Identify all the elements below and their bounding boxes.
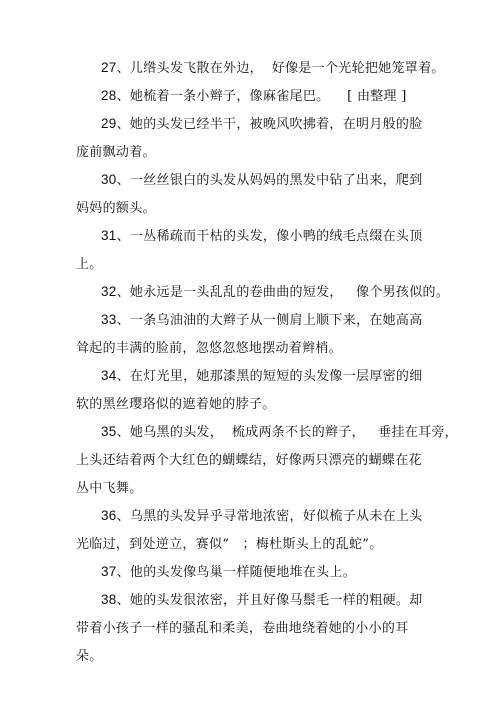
line-text: 上头还结着两个大红色的蝴蝶结，好像两只漂亮的蝴蝶在花 xyxy=(76,453,422,468)
numbered-paragraph-line: 29、她的头发已经半干，被晚风吹拂着，在明月般的脸 xyxy=(101,116,423,133)
document-page: 27、儿绺头发飞散在外边， 好像是一个光轮把她笼罩着。28、她梳着一条小辫子，像… xyxy=(0,0,500,708)
numbered-paragraph-line: 32、她永远是一头乱乱的卷曲曲的短发， 像个男孩似的。 xyxy=(101,284,449,301)
paragraph-continuation-line: 丛中飞舞。 xyxy=(76,480,143,497)
item-number: 30 xyxy=(101,172,117,187)
line-text: 庞前飘动着。 xyxy=(76,145,156,160)
item-number: 32 xyxy=(101,284,117,299)
numbered-paragraph-line: 38、她的头发很浓密，并且好像马鬃毛一样的粗硬。却 xyxy=(101,592,423,609)
line-text: 、在灯光里，她那漆黑的短短的头发像一层厚密的细 xyxy=(117,369,423,384)
line-text: 、她乌黑的头发， 梳成两条不长的辫子， 垂挂在耳旁， xyxy=(117,425,458,440)
paragraph-continuation-line: 耸起的丰满的脸前，忽悠忽悠地摆动着辫梢。 xyxy=(76,340,342,357)
paragraph-continuation-line: 带着小孩子一样的骚乱和柔美，卷曲地绕着她的小小的耳 xyxy=(76,620,409,637)
item-number: 31 xyxy=(101,228,117,243)
line-text: 朵。 xyxy=(76,649,103,664)
paragraph-continuation-line: 庞前飘动着。 xyxy=(76,144,156,161)
item-number: 38 xyxy=(101,592,117,607)
item-number: 29 xyxy=(101,116,117,131)
item-number: 35 xyxy=(101,424,117,439)
paragraph-continuation-line: 光临过，到处逆立，赛似“ ；梅杜斯头上的乱蛇”。 xyxy=(76,536,383,553)
line-text: 、一条乌油油的大辫子从一侧肩上顺下来，在她高高 xyxy=(117,313,423,328)
line-text: 耸起的丰满的脸前，忽悠忽悠地摆动着辫梢。 xyxy=(76,341,342,356)
line-text: 、她的头发很浓密，并且好像马鬃毛一样的粗硬。却 xyxy=(117,593,423,608)
numbered-paragraph-line: 27、儿绺头发飞散在外边， 好像是一个光轮把她笼罩着。 xyxy=(101,60,445,77)
numbered-paragraph-line: 30、一丝丝银白的头发从妈妈的黑发中钻了出来，爬到 xyxy=(101,172,423,189)
numbered-paragraph-line: 34、在灯光里，她那漆黑的短短的头发像一层厚密的细 xyxy=(101,368,423,385)
line-text: 上。 xyxy=(76,257,103,272)
item-number: 34 xyxy=(101,368,117,383)
numbered-paragraph-line: 33、一条乌油油的大辫子从一侧肩上顺下来，在她高高 xyxy=(101,312,423,329)
line-text: 、她永远是一头乱乱的卷曲曲的短发， 像个男孩似的。 xyxy=(117,285,450,300)
item-number: 27 xyxy=(101,60,117,75)
line-text: 、她梳着一条小辫子，像麻雀尾巴。 [ 由整理 ] xyxy=(117,89,407,104)
line-text: 光临过，到处逆立，赛似“ ；梅杜斯头上的乱蛇”。 xyxy=(76,537,383,552)
line-text: 带着小孩子一样的骚乱和柔美，卷曲地绕着她的小小的耳 xyxy=(76,621,409,636)
line-text: 丛中飞舞。 xyxy=(76,481,143,496)
line-text: 、一丛稀疏而干枯的头发，像小鸭的绒毛点缀在头顶 xyxy=(117,229,423,244)
item-number: 28 xyxy=(101,88,117,103)
numbered-paragraph-line: 31、一丛稀疏而干枯的头发，像小鸭的绒毛点缀在头顶 xyxy=(101,228,423,245)
item-number: 36 xyxy=(101,508,117,523)
numbered-paragraph-line: 37、他的头发像鸟巢一样随便地堆在头上。 xyxy=(101,564,356,581)
line-text: 、一丝丝银白的头发从妈妈的黑发中钻了出来，爬到 xyxy=(117,173,423,188)
item-number: 33 xyxy=(101,312,117,327)
paragraph-continuation-line: 上头还结着两个大红色的蝴蝶结，好像两只漂亮的蝴蝶在花 xyxy=(76,452,422,469)
line-text: 、儿绺头发飞散在外边， 好像是一个光轮把她笼罩着。 xyxy=(117,61,445,76)
line-text: 、他的头发像鸟巢一样随便地堆在头上。 xyxy=(117,565,356,580)
numbered-paragraph-line: 28、她梳着一条小辫子，像麻雀尾巴。 [ 由整理 ] xyxy=(101,88,407,105)
paragraph-continuation-line: 软的黑丝璎珞似的遮着她的脖子。 xyxy=(76,396,276,413)
paragraph-continuation-line: 妈妈的额头。 xyxy=(76,200,156,217)
paragraph-continuation-line: 上。 xyxy=(76,256,103,273)
numbered-paragraph-line: 35、她乌黑的头发， 梳成两条不长的辫子， 垂挂在耳旁， xyxy=(101,424,458,441)
numbered-paragraph-line: 36、乌黑的头发异乎寻常地浓密，好似梳子从未在上头 xyxy=(101,508,423,525)
line-text: 、乌黑的头发异乎寻常地浓密，好似梳子从未在上头 xyxy=(117,509,423,524)
paragraph-continuation-line: 朵。 xyxy=(76,648,103,665)
line-text: 妈妈的额头。 xyxy=(76,201,156,216)
item-number: 37 xyxy=(101,564,117,579)
line-text: 软的黑丝璎珞似的遮着她的脖子。 xyxy=(76,397,276,412)
line-text: 、她的头发已经半干，被晚风吹拂着，在明月般的脸 xyxy=(117,117,423,132)
